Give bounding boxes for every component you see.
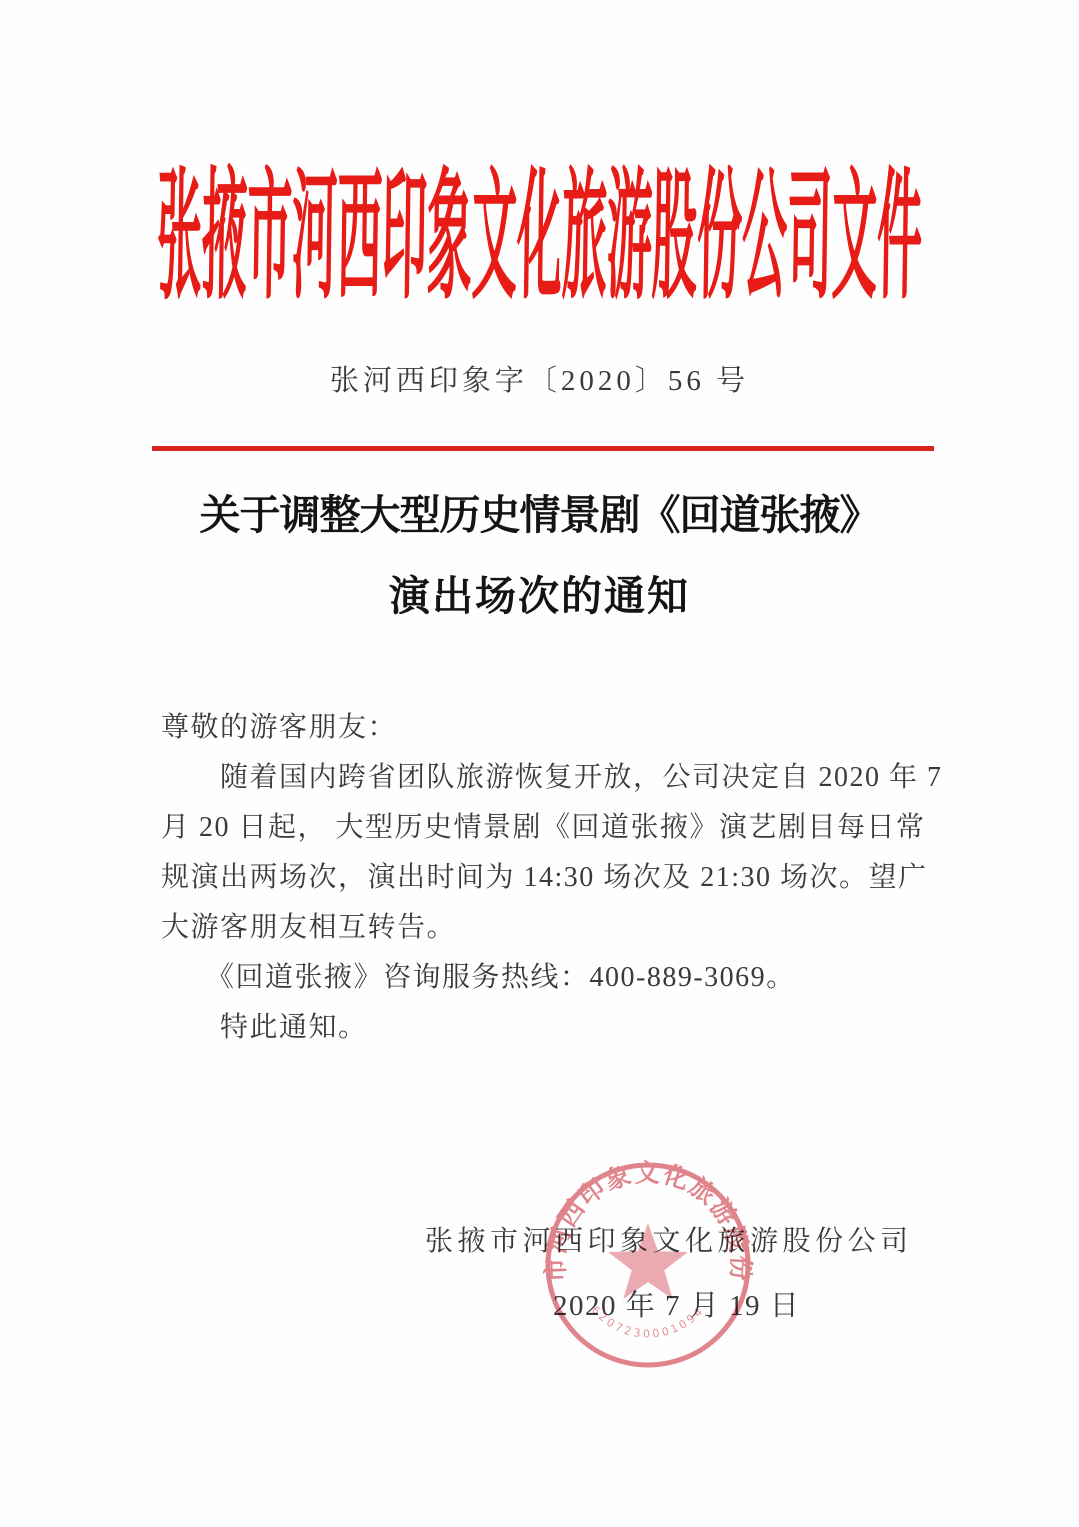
body-text-line: 特此通知。: [161, 1003, 926, 1053]
seal-star-icon: [608, 1223, 688, 1299]
notice-body: 尊敬的游客朋友： 随着国内跨省团队旅游恢复开放，公司决定自 2020 年 7月 …: [161, 703, 926, 1053]
company-seal-stamp: 张掖市河西印象文化旅游股份公司 6207230001094: [538, 1155, 758, 1375]
body-text-line: 尊敬的游客朋友：: [161, 703, 926, 753]
body-text-line: 《回道张掖》咨询服务热线：400-889-3069。: [161, 953, 926, 1003]
body-text-line: 随着国内跨省团队旅游恢复开放，公司决定自 2020 年 7: [161, 753, 926, 803]
document-number: 张河西印象字〔2020〕56 号: [0, 364, 1079, 398]
notice-title: 关于调整大型历史情景剧《回道张掖》 演出场次的通知: [0, 489, 1079, 622]
notice-title-line-1: 关于调整大型历史情景剧《回道张掖》: [0, 489, 1079, 541]
svg-text:6207230001094: 6207230001094: [589, 1304, 707, 1341]
seal-code-number: 6207230001094: [589, 1304, 707, 1341]
body-text-line: 规演出两场次，演出时间为 14:30 场次及 21:30 场次。望广: [161, 853, 926, 903]
notice-title-line-2: 演出场次的通知: [0, 570, 1079, 622]
body-text-line: 月 20 日起， 大型历史情景剧《回道张掖》演艺剧目每日常: [161, 803, 926, 853]
body-text-line: 大游客朋友相互转告。: [161, 903, 926, 953]
red-divider-line: [152, 446, 934, 451]
masthead-title: 张掖市河西印象文化旅游股份公司文件: [156, 168, 923, 310]
official-document-page: 张掖市河西印象文化旅游股份公司文件 张河西印象字〔2020〕56 号 关于调整大…: [0, 0, 1079, 1527]
document-masthead: 张掖市河西印象文化旅游股份公司文件: [0, 160, 1079, 318]
